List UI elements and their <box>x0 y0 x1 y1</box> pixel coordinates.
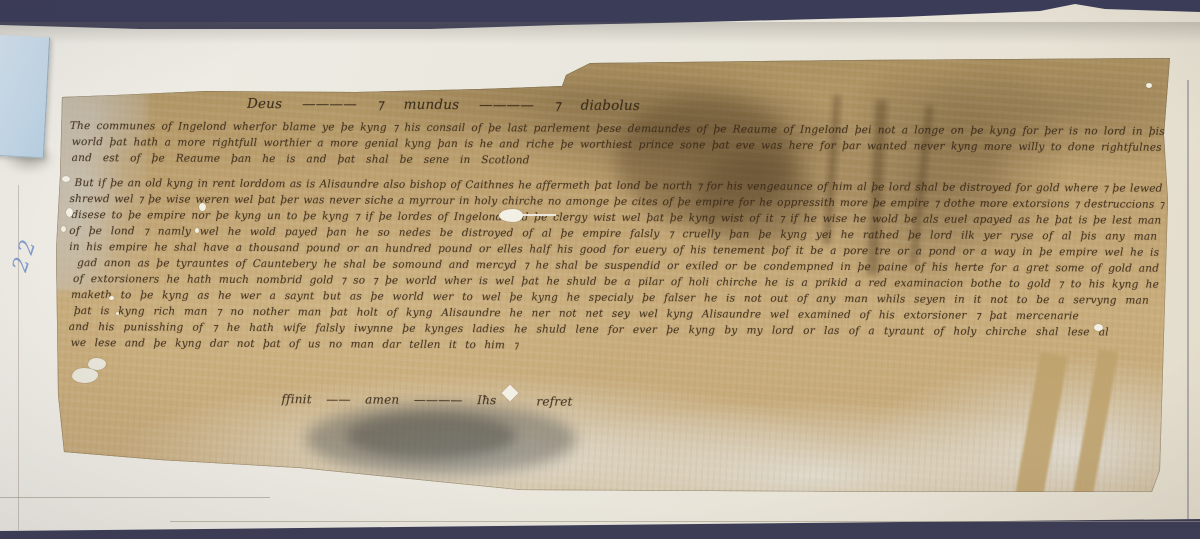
photograph-of-manuscript: 22 Deus ———— ⁊ mundus ———— ⁊ diabolusThe… <box>0 0 1200 539</box>
ink-smudge <box>346 413 516 459</box>
blue-paper-tab <box>0 35 50 159</box>
mat-right-edge-line <box>1187 80 1189 520</box>
parchment-texture <box>56 55 1172 497</box>
parchment-document <box>56 55 1172 497</box>
mat-crease-horizontal <box>0 497 270 498</box>
dark-stain <box>696 155 816 245</box>
mat-doubled-bottom-edge <box>170 521 1200 522</box>
worn-pale-left-end <box>52 80 147 290</box>
mat-top-shadow <box>0 22 1200 44</box>
